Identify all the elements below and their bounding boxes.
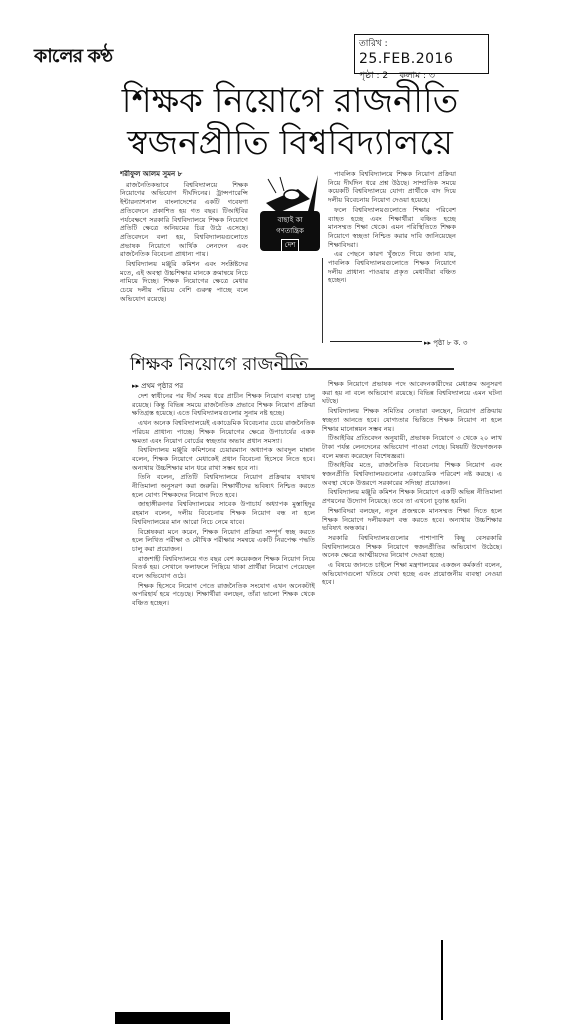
- paragraph: পাবলিক বিশ্ববিদ্যালয়ে শিক্ষক নিয়োগ প্র…: [328, 170, 456, 205]
- illustration-caption-box: বাছাই কা গণতান্ত্রিক দেশ: [260, 211, 320, 251]
- paragraph: বিশ্ববিদ্যালয় শিক্ষক সমিতির নেতারা বলছে…: [322, 407, 502, 433]
- paragraph: বিশ্লেষকরা মনে করেন, শিক্ষক নিয়োগ প্রক্…: [132, 528, 315, 554]
- paragraph: এখন অনেক বিশ্ববিদ্যালয়েই একাডেমিক বিবেচ…: [132, 419, 315, 445]
- scan-artifact-bar: [115, 1012, 230, 1024]
- continuation-left-column: দেশ স্বাধীনের পর দীর্ঘ সময় ধরে প্রাচীন …: [132, 392, 315, 992]
- paragraph: শিক্ষক নিয়োগে প্রভাষক পদে আবেদনকারীদের …: [322, 380, 502, 406]
- paragraph: এ বিষয়ে জানতে চাইলে শিক্ষা মন্ত্রণালয়ে…: [322, 561, 502, 587]
- paragraph: রাজনৈতিকভাবে বিশ্ববিদ্যালয়ে শিক্ষক নিয়…: [120, 181, 248, 259]
- paragraph: সরকারি বিশ্ববিদ্যালয়গুলোর পাশাপাশি কিছু…: [322, 534, 502, 560]
- continuation-right-column: শিক্ষক নিয়োগে প্রভাষক পদে আবেদনকারীদের …: [322, 380, 502, 992]
- paragraph: বিশ্ববিদ্যালয় মঞ্জুরি কমিশনের চেয়ারম্য…: [132, 446, 315, 472]
- paragraph: এর পেছনে কারণ খুঁজতে গিয়ে জানা যায়, পা…: [328, 250, 456, 285]
- lead-left-column: শরীফুল আলম সুমন ৮ রাজনৈতিকভাবে বিশ্ববিদ্…: [120, 170, 248, 342]
- headline-line-1: শিক্ষক নিয়োগে রাজনীতি: [100, 80, 480, 122]
- heading-rule: [282, 368, 454, 370]
- paragraph: বিশ্ববিদ্যালয় মঞ্জুরি কমিশন এবং সংশ্লিষ…: [120, 260, 248, 304]
- headline-line-2: স্বজনপ্রীতি বিশ্ববিদ্যালয়ে: [100, 122, 480, 164]
- stamp-date-value: 25.FEB.2016: [359, 51, 453, 67]
- continued-from: ▸▸ প্রথম পৃষ্ঠার পর: [132, 380, 183, 392]
- paragraph: জাহাঙ্গীরনগর বিশ্ববিদ্যালয়ের সাবেক উপাচ…: [132, 500, 315, 526]
- paragraph: বিশ্ববিদ্যালয় মঞ্জুরি কমিশন শিক্ষক নিয়…: [322, 488, 502, 505]
- paragraph: ফলে বিশ্ববিদ্যালয়গুলোতে শিক্ষার পরিবেশ …: [328, 206, 456, 250]
- illustration: বাছাই কা গণতান্ত্রিক দেশ: [260, 175, 320, 253]
- illustration-tag: দেশ: [281, 239, 300, 252]
- paragraph: শিক্ষাবিদরা বলছেন, নতুন প্রজন্মকে মানসম্…: [322, 507, 502, 533]
- typewriter-icon: [260, 175, 320, 215]
- stamp-date-label: তারিখ :: [359, 39, 388, 49]
- jump-line: ▸▸ পৃষ্ঠা ৮ ক. ৩: [424, 337, 468, 349]
- paragraph: টিআইবির মতে, রাজনৈতিক বিবেচনায় শিক্ষক ন…: [322, 461, 502, 487]
- headline: শিক্ষক নিয়োগে রাজনীতি স্বজনপ্রীতি বিশ্ব…: [100, 80, 480, 164]
- lead-right-column: পাবলিক বিশ্ববিদ্যালয়ে শিক্ষক নিয়োগ প্র…: [328, 170, 456, 335]
- paragraph: টিআইবির প্রতিবেদন অনুযায়ী, প্রভাষক নিয়…: [322, 434, 502, 460]
- illustration-caption: বাছাই কা: [260, 215, 320, 226]
- scan-edge: [441, 940, 443, 1020]
- paragraph: শিক্ষক হিসেবে নিয়োগ পেতে রাজনৈতিক সংযোগ…: [132, 582, 315, 608]
- byline: শরীফুল আলম সুমন ৮: [120, 170, 248, 179]
- paragraph: তিনি বলেন, প্রতিটি বিশ্ববিদ্যালয়ে নিয়ো…: [132, 473, 315, 499]
- date-stamp: তারিখ : 25.FEB.2016 পৃষ্ঠা : 2 কলাম : ৩: [354, 34, 489, 74]
- column-divider: [322, 258, 323, 343]
- rule: [330, 341, 422, 342]
- masthead: কালের কণ্ঠ: [34, 42, 112, 74]
- paragraph: রাজশাহী বিশ্ববিদ্যালয়ে গত বছর বেশ কয়েক…: [132, 555, 315, 581]
- illustration-caption: গণতান্ত্রিক: [260, 226, 320, 237]
- continuation-heading: শিক্ষক নিয়োগে রাজনীতি: [130, 350, 308, 381]
- paragraph: দেশ স্বাধীনের পর দীর্ঘ সময় ধরে প্রাচীন …: [132, 392, 315, 418]
